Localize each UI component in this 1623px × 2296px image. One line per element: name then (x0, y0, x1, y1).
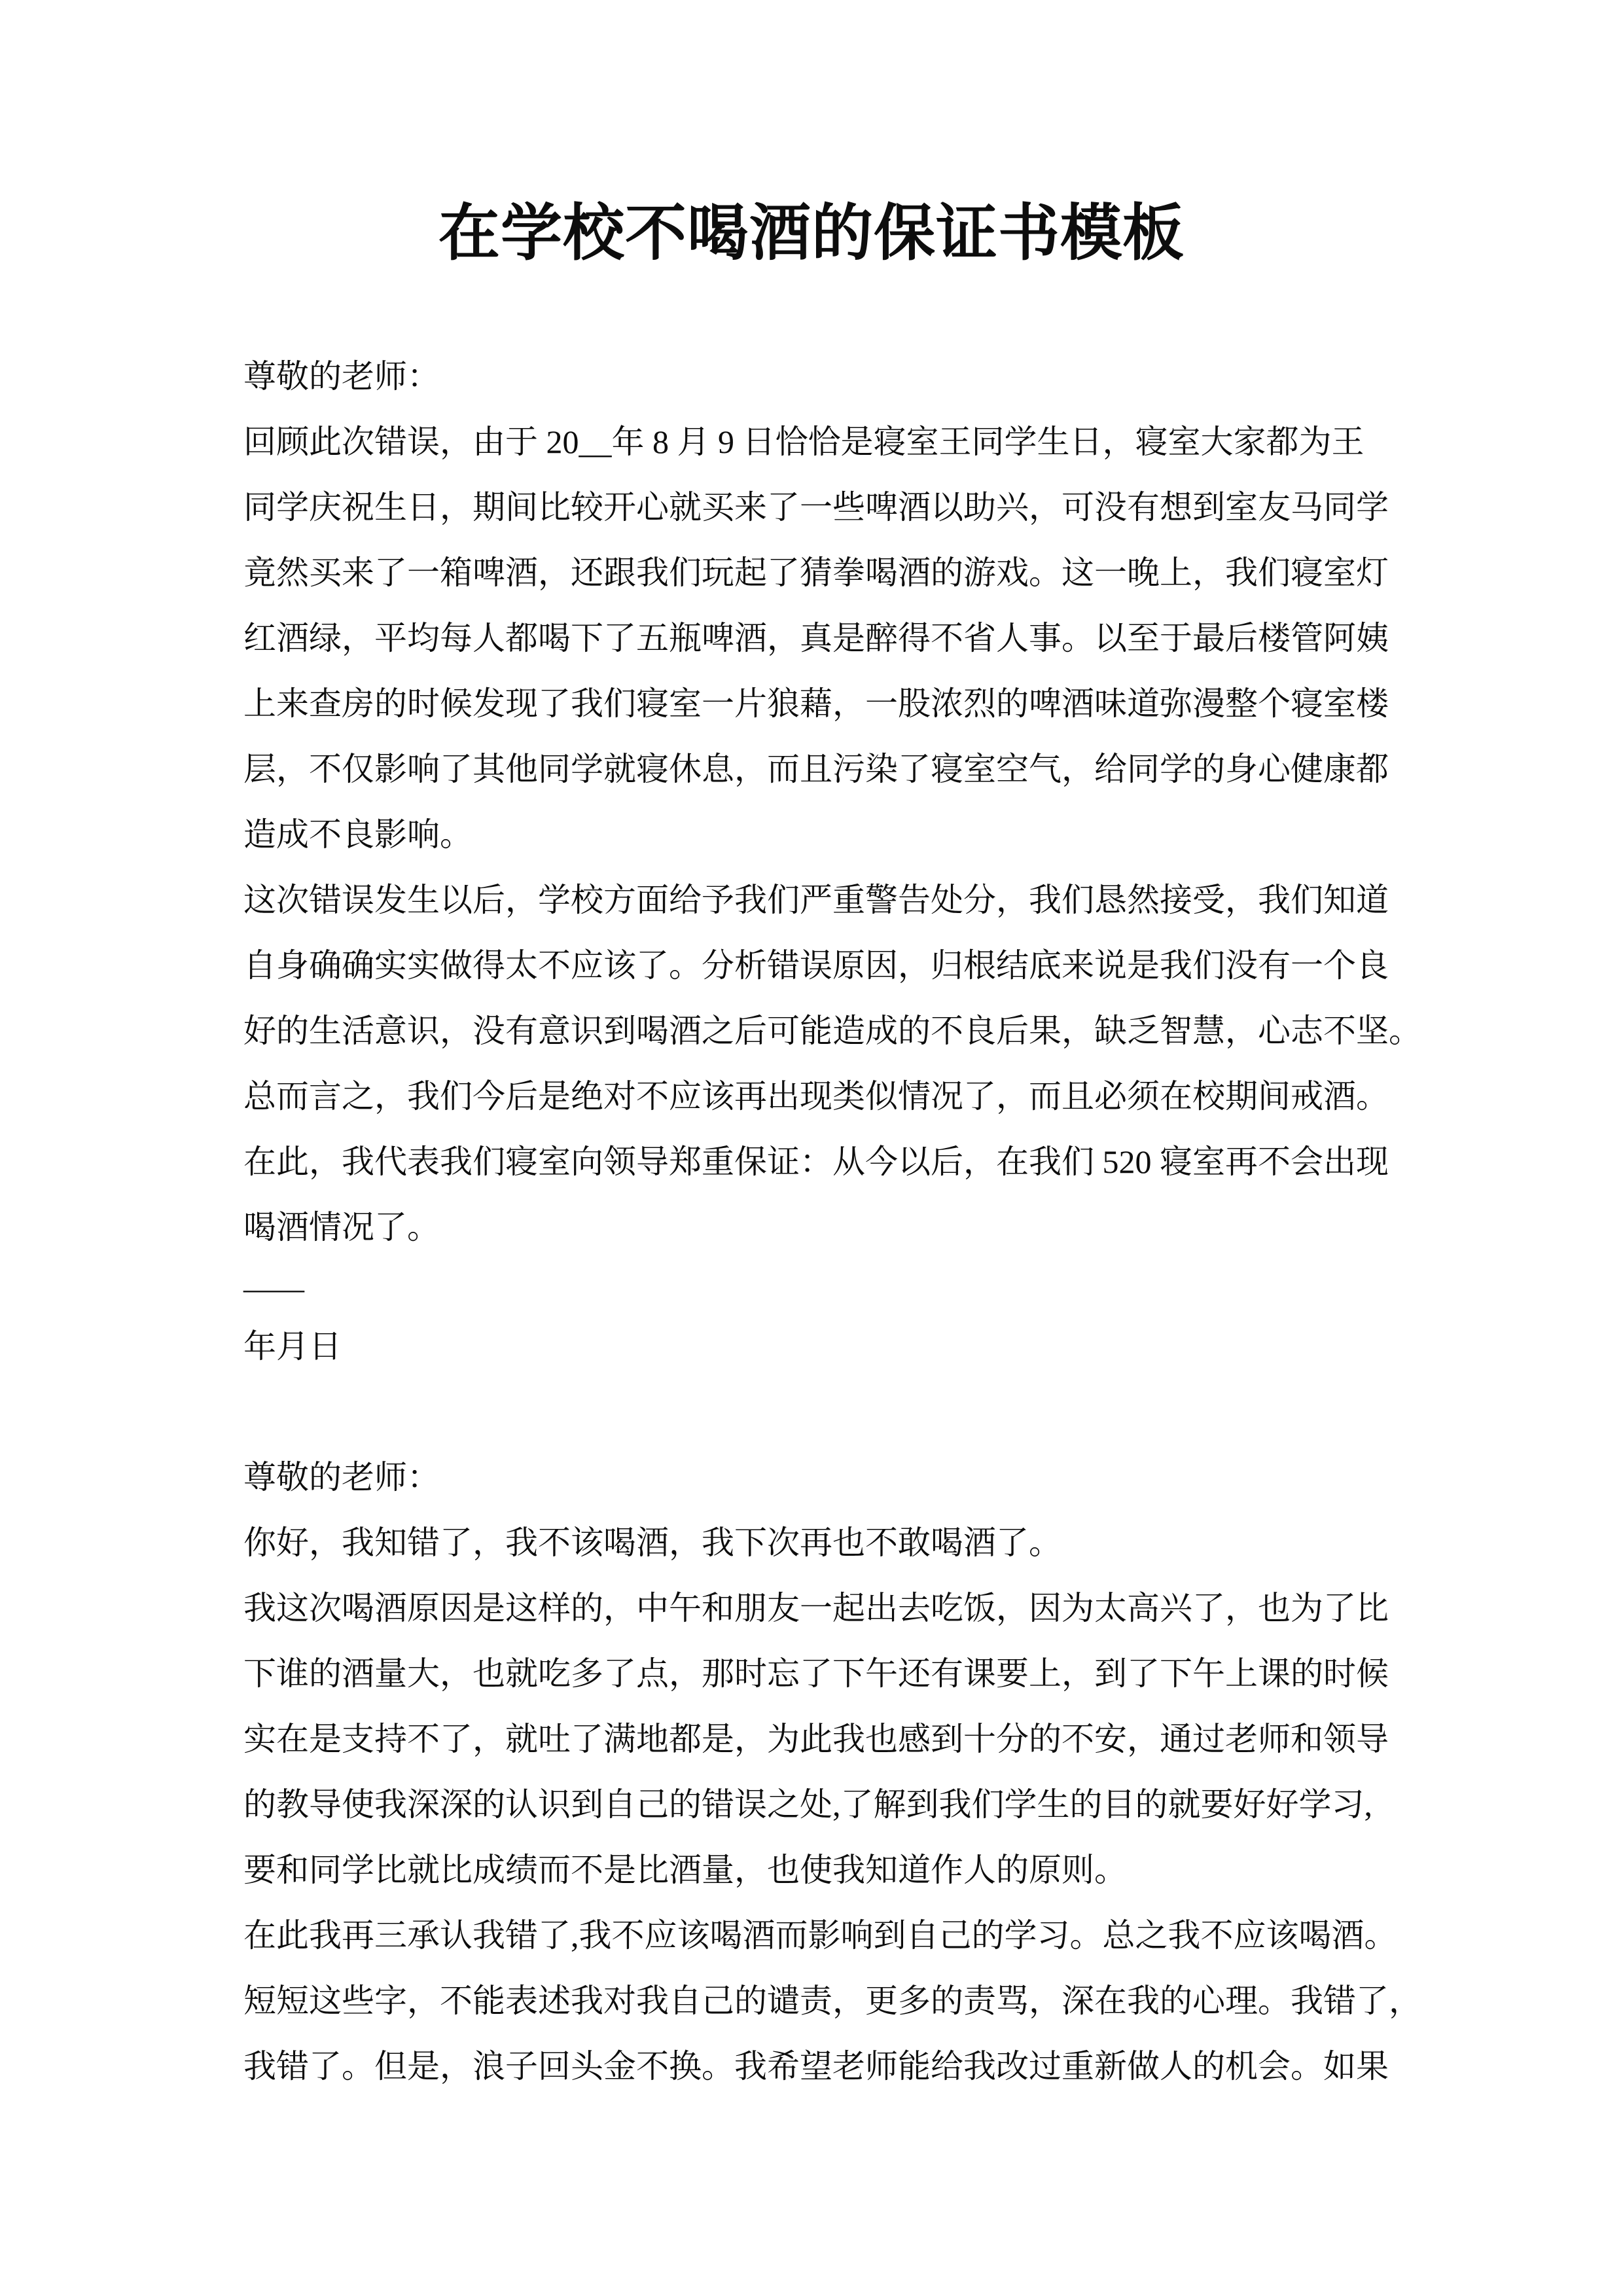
document-body: 尊敬的老师： 回顾此次错误，由于 20__年 8 月 9 日恰恰是寝室王同学生日… (243, 344, 1394, 2099)
text-line: 回顾此次错误，由于 20__年 8 月 9 日恰恰是寝室王同学生日，寝室大家都为… (243, 409, 1394, 475)
text-line: 你好，我知错了，我不该喝酒，我下次再也不敢喝酒了。 (243, 1510, 1394, 1575)
text-line: 同学庆祝生日，期间比较开心就买来了一些啤酒以助兴，可没有想到室友马同学 (243, 475, 1394, 540)
page-title: 在学校不喝酒的保证书模板 (0, 0, 1623, 272)
text-line: 我这次喝酒原因是这样的，中午和朋友一起出去吃饭，因为太高兴了，也为了比 (243, 1575, 1394, 1641)
text-line: 在此我再三承认我错了,我不应该喝酒而影响到自己的学习。总之我不应该喝酒。 (243, 1903, 1394, 1968)
text-line: 实在是支持不了，就吐了满地都是，为此我也感到十分的不安，通过老师和领导 (243, 1706, 1394, 1772)
document-page: 在学校不喝酒的保证书模板 尊敬的老师： 回顾此次错误，由于 20__年 8 月 … (0, 0, 1623, 2296)
salutation-line: 尊敬的老师： (243, 1444, 1394, 1510)
text-line: 下谁的酒量大，也就吃多了点，那时忘了下午还有课要上，到了下午上课的时候 (243, 1641, 1394, 1706)
text-line: 的教导使我深深的认识到自己的错误之处,了解到我们学生的目的就要好好学习, (243, 1772, 1394, 1837)
text-line: 好的生活意识，没有意识到喝酒之后可能造成的不良后果，缺乏智慧，心志不坚。 (243, 998, 1394, 1064)
text-line: 总而言之，我们今后是绝对不应该再出现类似情况了，而且必须在校期间戒酒。 (243, 1064, 1394, 1129)
paragraph-lines: 你好，我知错了，我不该喝酒，我下次再也不敢喝酒了。我这次喝酒原因是这样的，中午和… (243, 1510, 1394, 2099)
text-line: 喝酒情况了。 (243, 1194, 1394, 1260)
text-line: 我错了。但是，浪子回头金不换。我希望老师能给我改过重新做人的机会。如果 (243, 2034, 1394, 2099)
date-placeholder: 年月日 (243, 1314, 1394, 1379)
paragraph-lines: 回顾此次错误，由于 20__年 8 月 9 日恰恰是寝室王同学生日，寝室大家都为… (243, 409, 1394, 1260)
salutation-line: 尊敬的老师： (243, 344, 1394, 409)
text-line: 要和同学比就比成绩而不是比酒量，也使我知道作人的原则。 (243, 1837, 1394, 1903)
letter-section-2: 尊敬的老师： 你好，我知错了，我不该喝酒，我下次再也不敢喝酒了。我这次喝酒原因是… (243, 1444, 1394, 2099)
text-line: 短短这些字，不能表述我对我自己的谴责，更多的责骂，深在我的心理。我错了， (243, 1968, 1394, 2034)
letter-section-1: 尊敬的老师： 回顾此次错误，由于 20__年 8 月 9 日恰恰是寝室王同学生日… (243, 344, 1394, 1379)
text-line: 层，不仅影响了其他同学就寝休息，而且污染了寝室空气，给同学的身心健康都 (243, 736, 1394, 802)
text-line: 竟然买来了一箱啤酒，还跟我们玩起了猜拳喝酒的游戏。这一晚上，我们寝室灯 (243, 540, 1394, 605)
text-line: 上来查房的时候发现了我们寝室一片狼藉，一股浓烈的啤酒味道弥漫整个寝室楼 (243, 671, 1394, 736)
text-line: 红酒绿，平均每人都喝下了五瓶啤酒，真是醉得不省人事。以至于最后楼管阿姨 (243, 605, 1394, 671)
text-line: 自身确确实实做得太不应该了。分析错误原因，归根结底来说是我们没有一个良 (243, 933, 1394, 998)
text-line: 造成不良影响。 (243, 802, 1394, 867)
date-divider-line: —— (243, 1280, 1394, 1297)
text-line: 这次错误发生以后，学校方面给予我们严重警告处分，我们恳然接受，我们知道 (243, 867, 1394, 933)
text-line: 在此，我代表我们寝室向领导郑重保证：从今以后，在我们 520 寝室再不会出现 (243, 1129, 1394, 1194)
